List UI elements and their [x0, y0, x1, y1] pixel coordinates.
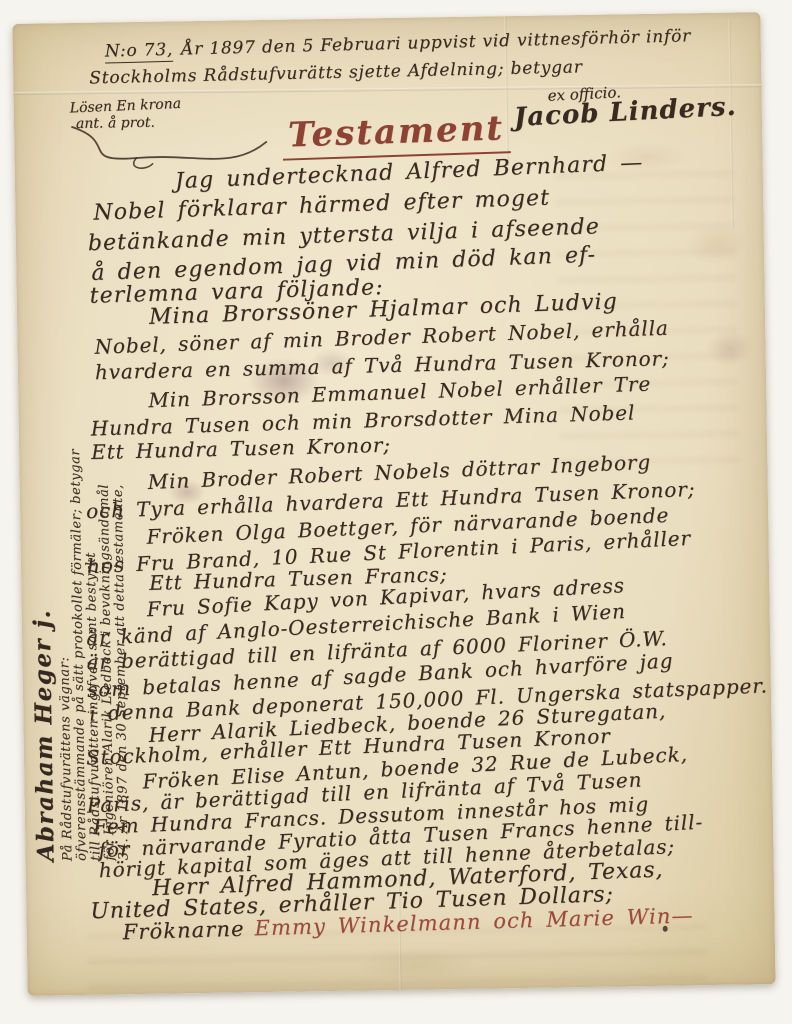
- scanned-document-page: { "colors": { "paper": "#ebdfc2", "backd…: [0, 0, 792, 1024]
- foxing-stain: [684, 222, 749, 265]
- margin-attestation-note: Abraham Heger j. På Rådstufvurättens väg…: [20, 150, 131, 861]
- fee-note-line1: Lösen En krona: [69, 96, 181, 117]
- registration-number: N:o 73,: [105, 40, 174, 64]
- paper-sheet: N:o 73,År 1897 den 5 Februari uppvist vi…: [12, 12, 775, 996]
- registration-text: År 1897 den 5 Februari uppvist vid vittn…: [181, 26, 691, 59]
- vertical-crease-right: [728, 19, 733, 229]
- registration-note-line1: N:o 73,År 1897 den 5 Februari uppvist vi…: [105, 26, 692, 61]
- foxing-stain: [357, 947, 478, 983]
- ink-smudge: [705, 330, 754, 367]
- last-line-dark-ink: Fröknarne: [122, 917, 245, 945]
- page-title: Testament: [282, 108, 511, 161]
